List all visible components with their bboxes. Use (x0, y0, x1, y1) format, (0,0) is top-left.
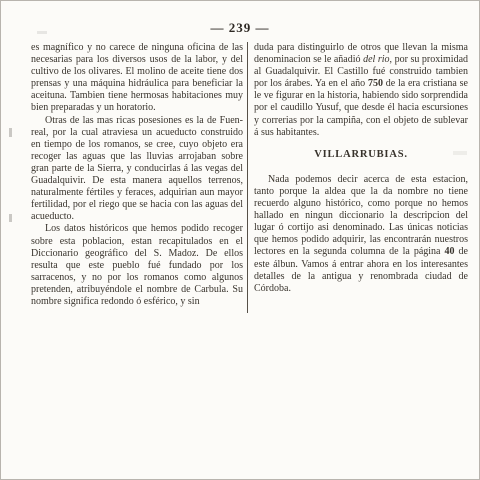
right-column: duda para distinguirlo de otros que llev… (254, 42, 468, 295)
page-number: — 239 — (1, 20, 479, 36)
paragraph: Otras de las mas ricas posesiones es la … (31, 115, 243, 224)
paragraph: duda para distinguirlo de otros que llev… (254, 42, 468, 139)
left-column: es magnífico y no carece de ninguna ofic… (31, 42, 243, 308)
scan-speck (9, 128, 12, 137)
section-heading: VILLARRUBIAS. (254, 149, 468, 161)
scan-speck (453, 151, 467, 155)
two-column-text-area: es magnífico y no carece de ninguna ofic… (31, 42, 469, 313)
scan-speck (37, 31, 47, 34)
scan-speck (9, 214, 12, 222)
paragraph: es magnífico y no carece de ninguna ofic… (31, 42, 243, 115)
column-divider-rule (247, 42, 248, 313)
paragraph: Nada podemos decir acerca de esta estaci… (254, 174, 468, 295)
paragraph: Los datos históricos que hemos podido re… (31, 223, 243, 308)
scanned-book-page: — 239 — es magnífico y no carece de ning… (0, 0, 480, 480)
